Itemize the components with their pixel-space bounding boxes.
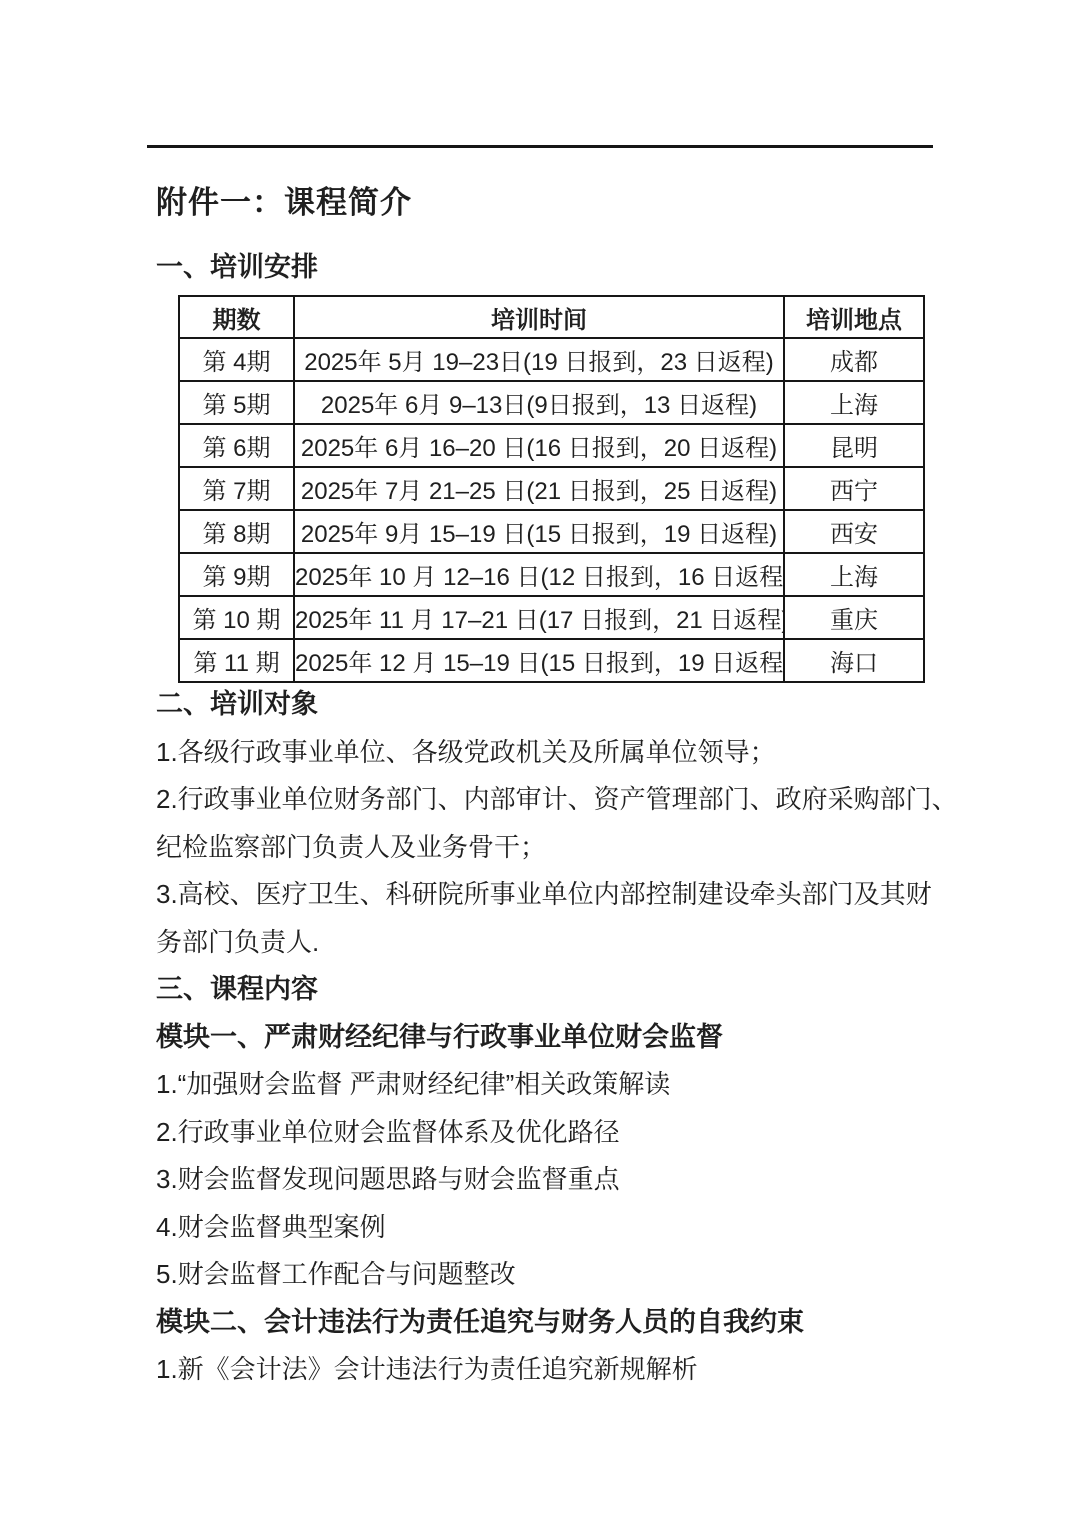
cell-location: 西宁 xyxy=(784,467,924,510)
cell-session: 第 6期 xyxy=(179,424,294,467)
cell-location: 上海 xyxy=(784,553,924,596)
cell-location: 成都 xyxy=(784,338,924,381)
audience-item-continuation: 务部门负责人. xyxy=(156,919,956,967)
section-heading-training-schedule: 一、培训安排 xyxy=(156,249,956,285)
table-row: 第 7期 2025年 7月 21–25 日(21 日报到，25 日返程) 西宁 xyxy=(179,467,924,510)
cell-location: 重庆 xyxy=(784,596,924,639)
table-row: 第 9期 2025年 10 月 12–16 日(12 日报到，16 日返程) 上… xyxy=(179,553,924,596)
cell-session: 第 10 期 xyxy=(179,596,294,639)
cell-location: 昆明 xyxy=(784,424,924,467)
cell-time: 2025年 6月 9–13日(9日报到，13 日返程) xyxy=(294,381,784,424)
module1-title: 模块一、严肃财经纪律与行政事业单位财会监督 xyxy=(156,1014,956,1062)
module1-item: 1.“加强财会监督 严肃财经纪律”相关政策解读 xyxy=(156,1061,956,1109)
table-row: 第 8期 2025年 9月 15–19 日(15 日报到，19 日返程) 西安 xyxy=(179,510,924,553)
cell-time: 2025年 10 月 12–16 日(12 日报到，16 日返程) xyxy=(294,553,784,596)
audience-item: 2.行政事业单位财务部门、内部审计、资产管理部门、政府采购部门、 xyxy=(156,776,956,824)
cell-session: 第 7期 xyxy=(179,467,294,510)
table-row: 第 11 期 2025年 12 月 15–19 日(15 日报到，19 日返程)… xyxy=(179,639,924,682)
module1-item: 2.行政事业单位财会监督体系及优化路径 xyxy=(156,1109,956,1157)
table-row: 第 4期 2025年 5月 19–23日(19 日报到，23 日返程) 成都 xyxy=(179,338,924,381)
training-schedule-table: 期数 培训时间 培训地点 第 4期 2025年 5月 19–23日(19 日报到… xyxy=(178,295,925,683)
cell-session: 第 4期 xyxy=(179,338,294,381)
module1-item: 5.财会监督工作配合与问题整改 xyxy=(156,1251,956,1299)
cell-location: 海口 xyxy=(784,639,924,682)
cell-session: 第 8期 xyxy=(179,510,294,553)
cell-session: 第 5期 xyxy=(179,381,294,424)
cell-location: 西安 xyxy=(784,510,924,553)
audience-item: 3.高校、医疗卫生、科研院所事业单位内部控制建设牵头部门及其财 xyxy=(156,871,956,919)
column-header-time: 培训时间 xyxy=(294,296,784,338)
cell-session: 第 11 期 xyxy=(179,639,294,682)
document-body: 二、培训对象 1.各级行政事业单位、各级党政机关及所属单位领导； 2.行政事业单… xyxy=(156,681,956,1394)
column-header-session: 期数 xyxy=(179,296,294,338)
audience-item: 1.各级行政事业单位、各级党政机关及所属单位领导； xyxy=(156,729,956,777)
module2-item: 1.新《会计法》会计违法行为责任追究新规解析 xyxy=(156,1346,956,1394)
cell-time: 2025年 7月 21–25 日(21 日报到，25 日返程) xyxy=(294,467,784,510)
cell-session: 第 9期 xyxy=(179,553,294,596)
section-heading-training-audience: 二、培训对象 xyxy=(156,681,956,729)
cell-time: 2025年 12 月 15–19 日(15 日报到，19 日返程) xyxy=(294,639,784,682)
table-row: 第 10 期 2025年 11 月 17–21 日(17 日报到，21 日返程)… xyxy=(179,596,924,639)
cell-location: 上海 xyxy=(784,381,924,424)
module1-item: 3.财会监督发现问题思路与财会监督重点 xyxy=(156,1156,956,1204)
column-header-location: 培训地点 xyxy=(784,296,924,338)
cell-time: 2025年 11 月 17–21 日(17 日报到，21 日返程) xyxy=(294,596,784,639)
audience-item-continuation: 纪检监察部门负责人及业务骨干； xyxy=(156,824,956,872)
table-row: 第 5期 2025年 6月 9–13日(9日报到，13 日返程) 上海 xyxy=(179,381,924,424)
module2-title: 模块二、会计违法行为责任追究与财务人员的自我约束 xyxy=(156,1299,956,1347)
document-page: 附件一：课程简介 一、培训安排 期数 培训时间 培训地点 第 4期 2025年 … xyxy=(0,0,1080,1530)
table-row: 第 6期 2025年 6月 16–20 日(16 日报到，20 日返程) 昆明 xyxy=(179,424,924,467)
cell-time: 2025年 9月 15–19 日(15 日报到，19 日返程) xyxy=(294,510,784,553)
document-content: 附件一：课程简介 一、培训安排 期数 培训时间 培训地点 第 4期 2025年 … xyxy=(156,0,956,1394)
section-heading-course-content: 三、课程内容 xyxy=(156,966,956,1014)
document-title: 附件一：课程简介 xyxy=(156,0,956,223)
table-header-row: 期数 培训时间 培训地点 xyxy=(179,296,924,338)
cell-time: 2025年 6月 16–20 日(16 日报到，20 日返程) xyxy=(294,424,784,467)
cell-time: 2025年 5月 19–23日(19 日报到，23 日返程) xyxy=(294,338,784,381)
module1-item: 4.财会监督典型案例 xyxy=(156,1204,956,1252)
